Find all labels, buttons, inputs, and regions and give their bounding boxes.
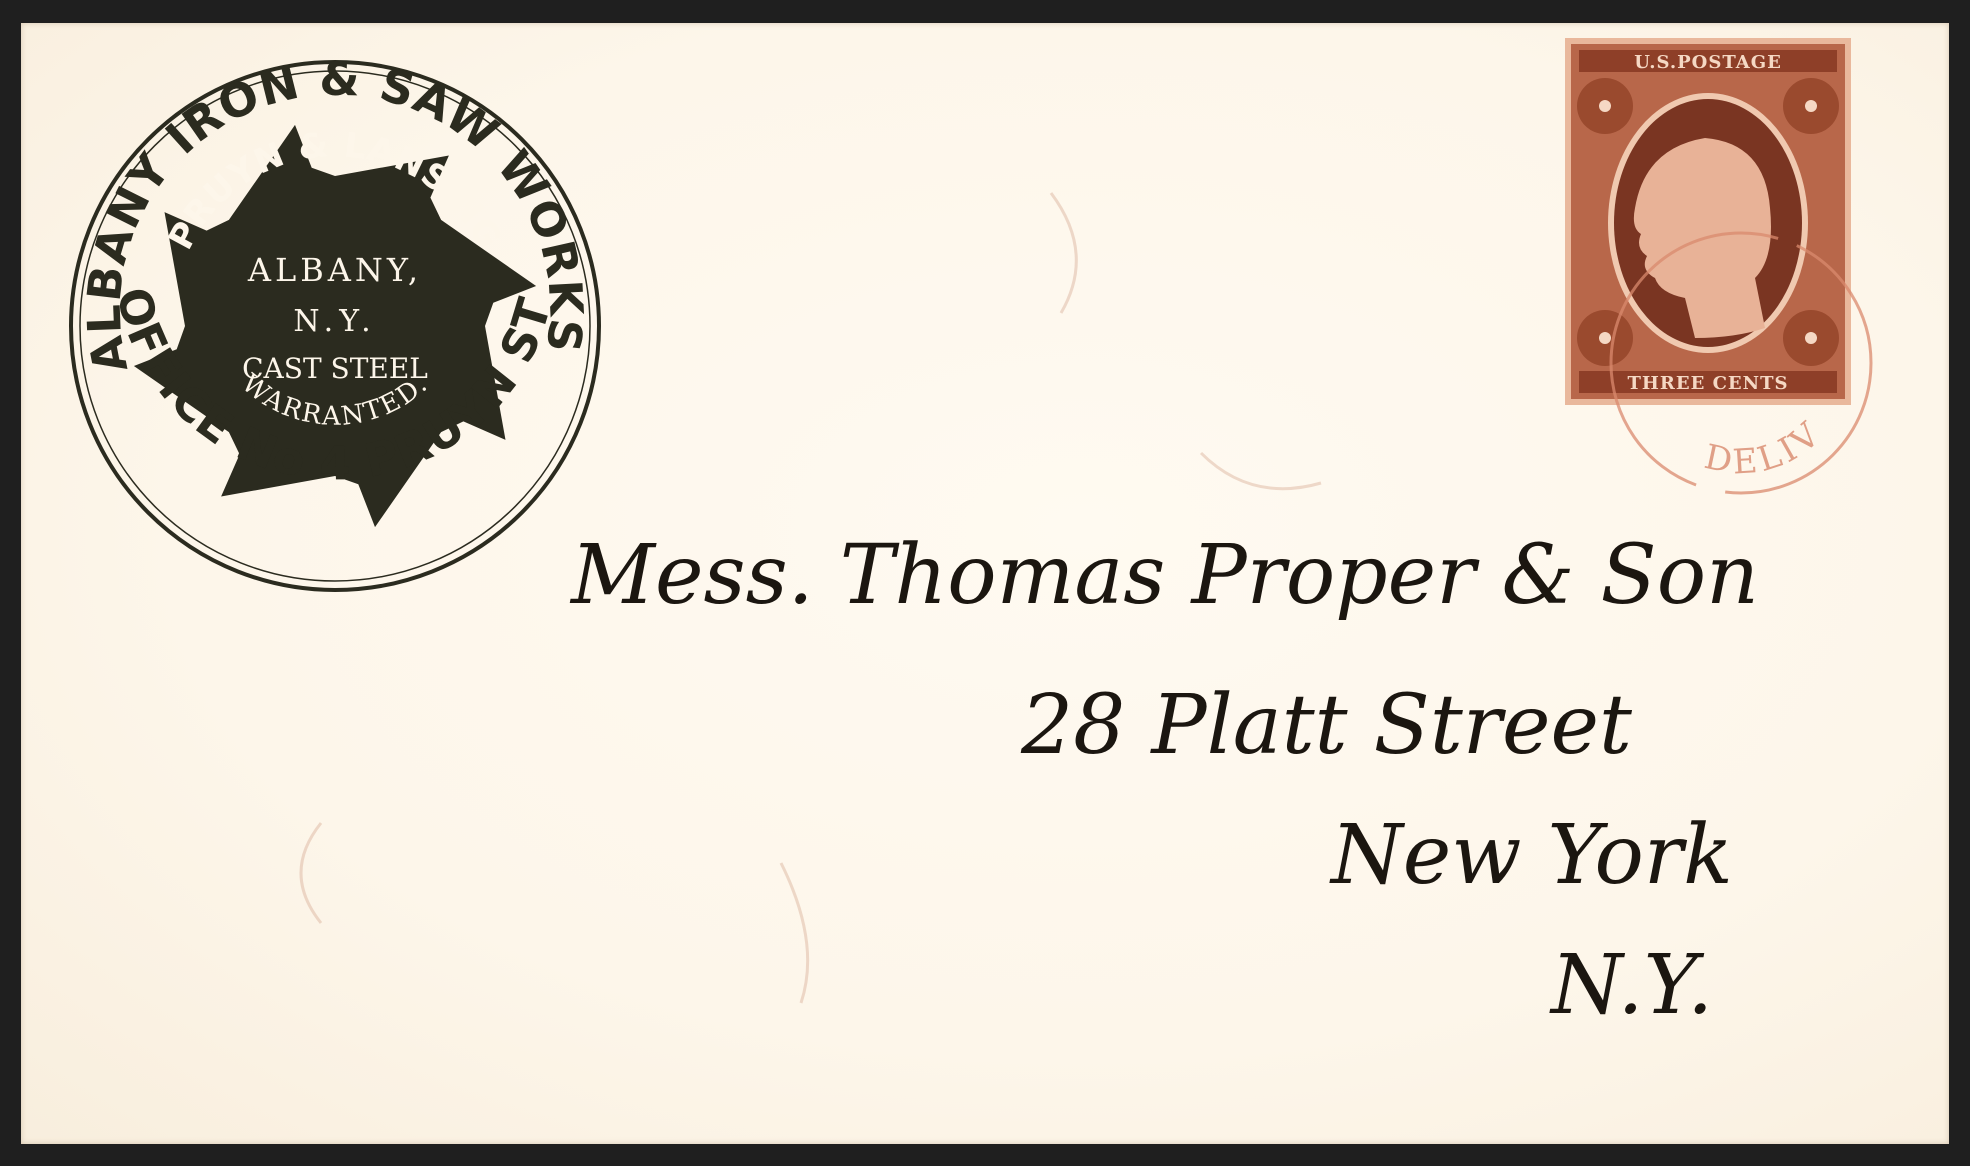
envelope: ALBANY IRON & SAW WORKS. OFFICE No 4 PRU… [21, 23, 1949, 1144]
address-line-4: N.Y. [1549, 938, 1713, 1033]
stamp-bottom-label: THREE CENTS [1628, 373, 1789, 394]
company-seal: ALBANY IRON & SAW WORKS. OFFICE No 4 PRU… [65, 56, 605, 596]
address-line-2: 28 Platt Street [1020, 678, 1633, 773]
seal-center-line-2: N.Y. [293, 304, 376, 339]
postage-stamp: U.S.POSTAGE THREE CENTS [1565, 38, 1851, 405]
handwritten-address: Mess. Thomas Proper & Son 28 Platt Stree… [541, 453, 1941, 1133]
address-line-1: Mess. Thomas Proper & Son [569, 528, 1759, 623]
seal-center-line-3: CAST STEEL [242, 352, 428, 385]
seal-center-line-1: ALBANY, [247, 251, 422, 289]
stamp-top-label: U.S.POSTAGE [1634, 52, 1782, 73]
address-line-3: New York [1329, 808, 1733, 903]
